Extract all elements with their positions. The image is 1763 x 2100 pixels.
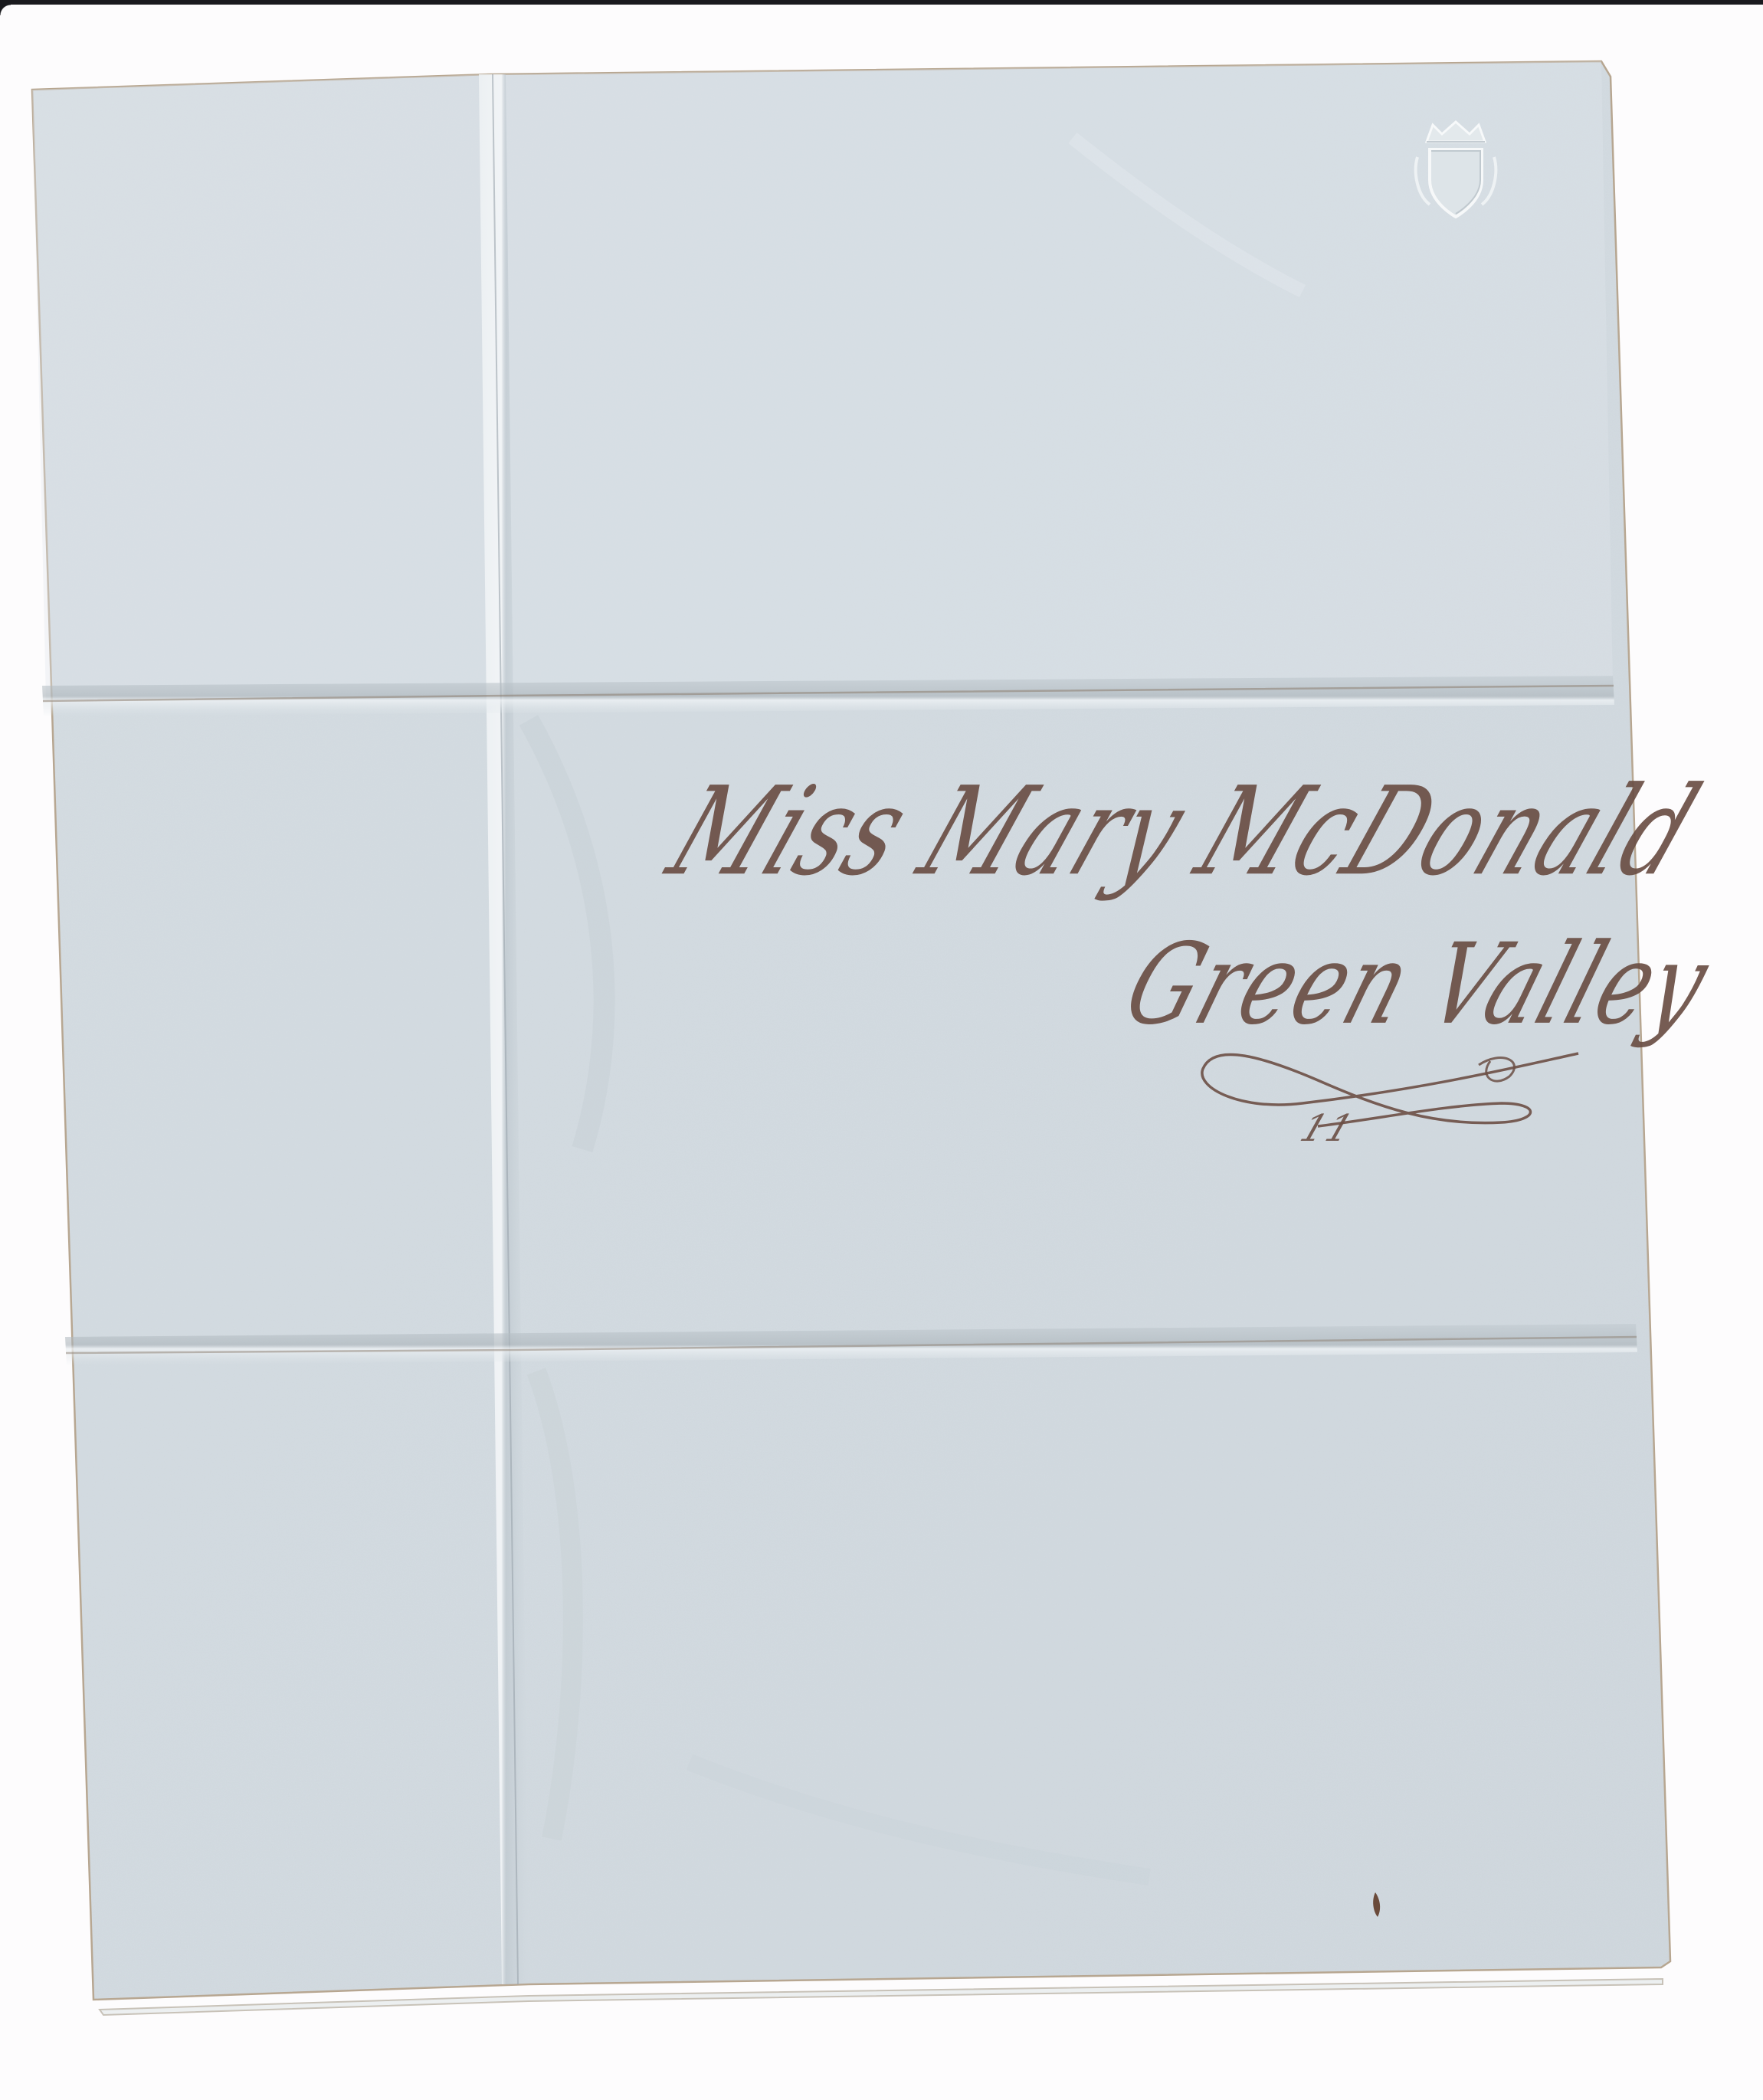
crowned-crest-emboss-icon — [1410, 119, 1502, 226]
address-place: Green Valley — [1111, 920, 1725, 1050]
paper-illustration — [0, 0, 1763, 2100]
address-recipient: Miss Mary McDonald — [651, 760, 1718, 903]
letter-sheet — [0, 0, 1763, 2100]
